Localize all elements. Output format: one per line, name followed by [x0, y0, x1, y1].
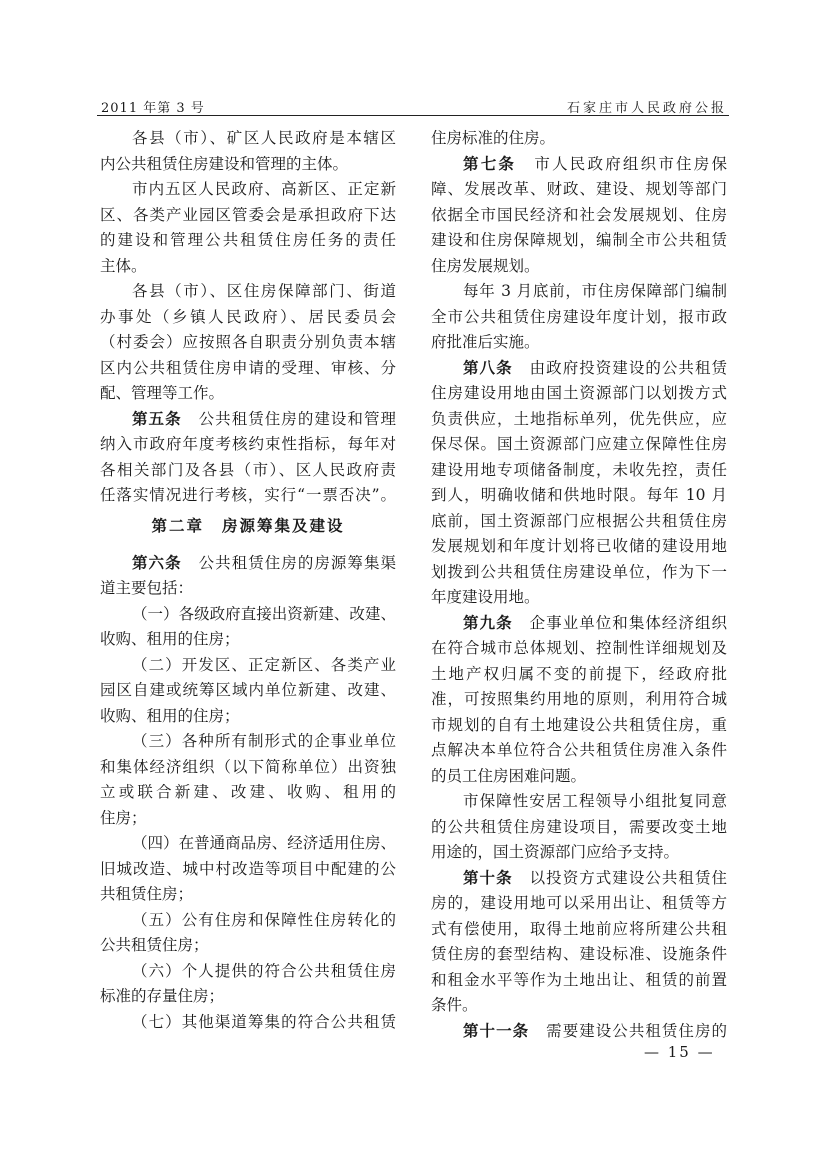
- article-number: 第五条: [132, 410, 182, 428]
- text-line: 住房发展规划。: [431, 256, 727, 282]
- line-text: 负责供应，土地指标单列，优先供应，应: [431, 410, 727, 428]
- text-line: 的建设和管理公共租赁住房任务的责任: [100, 230, 396, 256]
- text-line: 市规划的自有土地建设公共租赁住房，重: [431, 715, 727, 741]
- line-text: 需要建设公共租赁住房的: [545, 1022, 727, 1040]
- line-text: 公共租赁住房的房源筹集渠: [198, 554, 396, 572]
- article-number: 第六条: [132, 554, 182, 572]
- text-line: （村委会）应按照各自职责分别负责本辖: [100, 332, 396, 358]
- text-line: 依据全市国民经济和社会发展规划、住房: [431, 205, 727, 231]
- line-text: 住房建设用地由国土资源部门以划拨方式: [431, 384, 727, 402]
- text-line: 准，可按照集约用地的原则，利用符合城: [431, 689, 727, 715]
- article-start-line: 第六条公共租赁住房的房源筹集渠: [100, 553, 396, 579]
- line-text: 园区自建或统筹区域内单位新建、改建、: [100, 681, 396, 699]
- text-line: 用途的，国土资源部门应给予支持。: [431, 842, 727, 868]
- text-line: 配、管理等工作。: [100, 383, 396, 409]
- line-text: 土地产权归属不变的前提下，经政府批: [431, 665, 727, 683]
- line-text: （一）各级政府直接出资新建、改建、: [132, 605, 396, 623]
- line-text: 每年 3 月底前，市住房保障部门编制: [463, 282, 727, 300]
- line-text: 以投资方式建设公共租赁住: [529, 869, 727, 887]
- article-number: 第八条: [463, 359, 513, 377]
- text-line: （三）各种所有制形式的企事业单位: [100, 731, 396, 757]
- line-text: 标准的存量住房；: [100, 987, 224, 1005]
- text-line: 负责供应，土地指标单列，优先供应，应: [431, 409, 727, 435]
- text-line: 建设和住房保障规划，编制全市公共租赁: [431, 230, 727, 256]
- line-text: 全市公共租赁住房建设年度计划，报市政: [431, 308, 727, 326]
- text-line: 全市公共租赁住房建设年度计划，报市政: [431, 307, 727, 333]
- line-text: 年度建设用地。: [431, 588, 540, 606]
- text-line: 的公共租赁住房建设项目，需要改变土地: [431, 817, 727, 843]
- text-line: 每年 3 月底前，市住房保障部门编制: [431, 281, 727, 307]
- text-line: 划拨到公共租赁住房建设单位，作为下一: [431, 562, 727, 588]
- line-text: 主体。: [100, 257, 147, 275]
- text-line: 区、各类产业园区管委会是承担政府下达: [100, 205, 396, 231]
- line-text: （七）其他渠道筹集的符合公共租赁: [132, 1013, 396, 1031]
- article-number: 第十条: [463, 869, 513, 887]
- line-text: 收购、租用的住房；: [100, 630, 240, 648]
- text-line: 房的，建设用地可以采用出让、租赁等方: [431, 893, 727, 919]
- article-number: 第十一条: [463, 1022, 529, 1040]
- article-start-line: 第八条由政府投资建设的公共租赁: [431, 358, 727, 384]
- text-line: （一）各级政府直接出资新建、改建、: [100, 604, 396, 630]
- text-line: 道主要包括：: [100, 578, 396, 604]
- text-line: 主体。: [100, 256, 396, 282]
- line-text: 市保障性安居工程领导小组批复同意: [463, 792, 727, 810]
- line-text: 式有偿使用，取得土地前应将所建公共租: [431, 920, 727, 938]
- line-text: 建设用地专项储备制度，未收先控，责任: [431, 461, 727, 479]
- line-text: 条件。: [431, 996, 478, 1014]
- text-line: 建设用地专项储备制度，未收先控，责任: [431, 460, 727, 486]
- issue-label: 2011 年第 3 号: [101, 97, 205, 116]
- text-line: 办事处（乡镇人民政府）、居民委员会: [100, 307, 396, 333]
- line-text: （六）个人提供的符合公共租赁住房: [132, 962, 396, 980]
- text-line: 园区自建或统筹区域内单位新建、改建、: [100, 680, 396, 706]
- text-line: 纳入市政府年度考核约束性指标，每年对: [100, 434, 396, 460]
- line-text: （五）公有住房和保障性住房转化的: [132, 911, 396, 929]
- line-text: 区内公共租赁住房申请的受理、审核、分: [100, 359, 396, 377]
- line-text: 市人民政府组织市住房保: [532, 155, 727, 173]
- page-number: — 15 —: [644, 1043, 715, 1061]
- article-start-line: 第五条公共租赁住房的建设和管理: [100, 409, 396, 435]
- text-line: （四）在普通商品房、经济适用住房、: [100, 833, 396, 859]
- line-text: 和集体经济组织（以下简称单位）出资独: [100, 758, 396, 776]
- line-text: 区、各类产业园区管委会是承担政府下达: [100, 206, 396, 224]
- line-text: 的建设和管理公共租赁住房任务的责任: [100, 231, 396, 249]
- line-text: 点解决本单位符合公共租赁住房准入条件: [431, 741, 727, 759]
- line-text: 保尽保。国土资源部门应建立保障性住房: [431, 435, 727, 453]
- line-text: （三）各种所有制形式的企事业单位: [132, 732, 396, 750]
- text-line: 各县（市）、矿区人民政府是本辖区: [100, 128, 396, 154]
- text-line: 发展规划和年度计划将已收储的建设用地: [431, 536, 727, 562]
- text-line: 各县（市）、区住房保障部门、街道: [100, 281, 396, 307]
- text-line: 赁住房的套型结构、建设标准、设施条件: [431, 944, 727, 970]
- line-text: 由政府投资建设的公共租赁: [529, 359, 727, 377]
- right-column: 住房标准的住房。第七条市人民政府组织市住房保障、发展改革、财政、建设、规划等部门…: [431, 128, 727, 1046]
- line-text: 共租赁住房；: [100, 885, 193, 903]
- line-text: 赁住房的套型结构、建设标准、设施条件: [431, 945, 727, 963]
- text-line: 年度建设用地。: [431, 587, 727, 613]
- text-line: 旧城改造、城中村改造等项目中配建的公: [100, 859, 396, 885]
- line-text: 道主要包括：: [100, 579, 193, 597]
- line-text: 和租金水平等作为土地出让、租赁的前置: [431, 971, 727, 989]
- text-line: 任落实情况进行考核，实行“一票否决”。: [100, 485, 396, 511]
- line-text: 住房标准的住房。: [431, 129, 555, 147]
- article-start-line: 第七条市人民政府组织市住房保: [431, 154, 727, 180]
- text-line: 立或联合新建、改建、收购、租用的: [100, 782, 396, 808]
- chapter-title: 房源筹集及建设: [222, 517, 345, 535]
- line-text: 底前，国土资源部门应根据公共租赁住房: [431, 512, 727, 530]
- article-start-line: 第十条以投资方式建设公共租赁住: [431, 868, 727, 894]
- line-text: 配、管理等工作。: [100, 384, 224, 402]
- line-text: 房的，建设用地可以采用出让、租赁等方: [431, 894, 727, 912]
- text-line: 住房；: [100, 808, 396, 834]
- text-line: 区内公共租赁住房申请的受理、审核、分: [100, 358, 396, 384]
- text-line: （二）开发区、正定新区、各类产业: [100, 655, 396, 681]
- text-line: 市内五区人民政府、高新区、正定新: [100, 179, 396, 205]
- text-line: 底前，国土资源部门应根据公共租赁住房: [431, 511, 727, 537]
- line-text: 用途的，国土资源部门应给予支持。: [431, 843, 679, 861]
- text-line: （六）个人提供的符合公共租赁住房: [100, 961, 396, 987]
- line-text: 旧城改造、城中村改造等项目中配建的公: [100, 860, 396, 878]
- line-text: 企事业单位和集体经济组织: [529, 614, 727, 632]
- text-line: 和集体经济组织（以下简称单位）出资独: [100, 757, 396, 783]
- line-text: 公共租赁住房的建设和管理: [198, 410, 396, 428]
- text-line: （七）其他渠道筹集的符合公共租赁: [100, 1012, 396, 1038]
- line-text: 市规划的自有土地建设公共租赁住房，重: [431, 716, 727, 734]
- text-line: 障、发展改革、财政、建设、规划等部门: [431, 179, 727, 205]
- line-text: 收购、租用的住房；: [100, 707, 240, 725]
- text-line: 各相关部门及各县（市）、区人民政府责: [100, 460, 396, 486]
- text-line: （五）公有住房和保障性住房转化的: [100, 910, 396, 936]
- line-text: 办事处（乡镇人民政府）、居民委员会: [100, 308, 396, 326]
- text-line: 条件。: [431, 995, 727, 1021]
- publication-title: 石家庄市人民政府公报: [567, 97, 727, 116]
- text-line: 的员工住房困难问题。: [431, 766, 727, 792]
- text-line: 住房建设用地由国土资源部门以划拨方式: [431, 383, 727, 409]
- left-column: 各县（市）、矿区人民政府是本辖区内公共租赁住房建设和管理的主体。市内五区人民政府…: [100, 128, 396, 1037]
- line-text: （村委会）应按照各自职责分别负责本辖: [100, 333, 396, 351]
- line-text: 立或联合新建、改建、收购、租用的: [100, 783, 396, 801]
- chapter-heading: 第二章房源筹集及建设: [100, 511, 396, 553]
- text-line: 保尽保。国土资源部门应建立保障性住房: [431, 434, 727, 460]
- line-text: 准，可按照集约用地的原则，利用符合城: [431, 690, 727, 708]
- text-line: 和租金水平等作为土地出让、租赁的前置: [431, 970, 727, 996]
- text-line: 府批准后实施。: [431, 332, 727, 358]
- article-number: 第七条: [463, 155, 516, 173]
- line-text: 内公共租赁住房建设和管理的主体。: [100, 155, 348, 173]
- line-text: 到人，明确收储和供地时限。每年 10 月: [431, 486, 727, 504]
- line-text: 府批准后实施。: [431, 333, 540, 351]
- text-line: 共租赁住房；: [100, 884, 396, 910]
- article-start-line: 第九条企事业单位和集体经济组织: [431, 613, 727, 639]
- text-line: 市保障性安居工程领导小组批复同意: [431, 791, 727, 817]
- text-line: 内公共租赁住房建设和管理的主体。: [100, 154, 396, 180]
- text-line: 点解决本单位符合公共租赁住房准入条件: [431, 740, 727, 766]
- text-line: 收购、租用的住房；: [100, 706, 396, 732]
- text-line: 在符合城市总体规划、控制性详细规划及: [431, 638, 727, 664]
- running-header: 2011 年第 3 号 石家庄市人民政府公报: [97, 96, 729, 116]
- line-text: 市内五区人民政府、高新区、正定新: [132, 180, 396, 198]
- text-line: 标准的存量住房；: [100, 986, 396, 1012]
- line-text: 依据全市国民经济和社会发展规划、住房: [431, 206, 727, 224]
- line-text: 住房；: [100, 809, 147, 827]
- line-text: 纳入市政府年度考核约束性指标，每年对: [100, 435, 396, 453]
- line-text: 公共租赁住房；: [100, 936, 209, 954]
- article-number: 第九条: [463, 614, 513, 632]
- text-line: 到人，明确收储和供地时限。每年 10 月: [431, 485, 727, 511]
- line-text: 任落实情况进行考核，实行“一票否决”。: [100, 486, 396, 504]
- line-text: 建设和住房保障规划，编制全市公共租赁: [431, 231, 727, 249]
- text-line: 公共租赁住房；: [100, 935, 396, 961]
- line-text: （二）开发区、正定新区、各类产业: [132, 656, 396, 674]
- text-line: 住房标准的住房。: [431, 128, 727, 154]
- line-text: 障、发展改革、财政、建设、规划等部门: [431, 180, 727, 198]
- line-text: 的员工住房困难问题。: [431, 767, 586, 785]
- line-text: 的公共租赁住房建设项目，需要改变土地: [431, 818, 727, 836]
- text-line: 式有偿使用，取得土地前应将所建公共租: [431, 919, 727, 945]
- line-text: 各相关部门及各县（市）、区人民政府责: [100, 461, 396, 479]
- line-text: （四）在普通商品房、经济适用住房、: [132, 834, 396, 852]
- line-text: 发展规划和年度计划将已收储的建设用地: [431, 537, 727, 555]
- line-text: 划拨到公共租赁住房建设单位，作为下一: [431, 563, 727, 581]
- text-line: 收购、租用的住房；: [100, 629, 396, 655]
- chapter-number: 第二章: [151, 517, 204, 535]
- line-text: 在符合城市总体规划、控制性详细规划及: [431, 639, 727, 657]
- line-text: 各县（市）、矿区人民政府是本辖区: [132, 129, 396, 147]
- line-text: 住房发展规划。: [431, 257, 540, 275]
- line-text: 各县（市）、区住房保障部门、街道: [132, 282, 396, 300]
- text-line: 土地产权归属不变的前提下，经政府批: [431, 664, 727, 690]
